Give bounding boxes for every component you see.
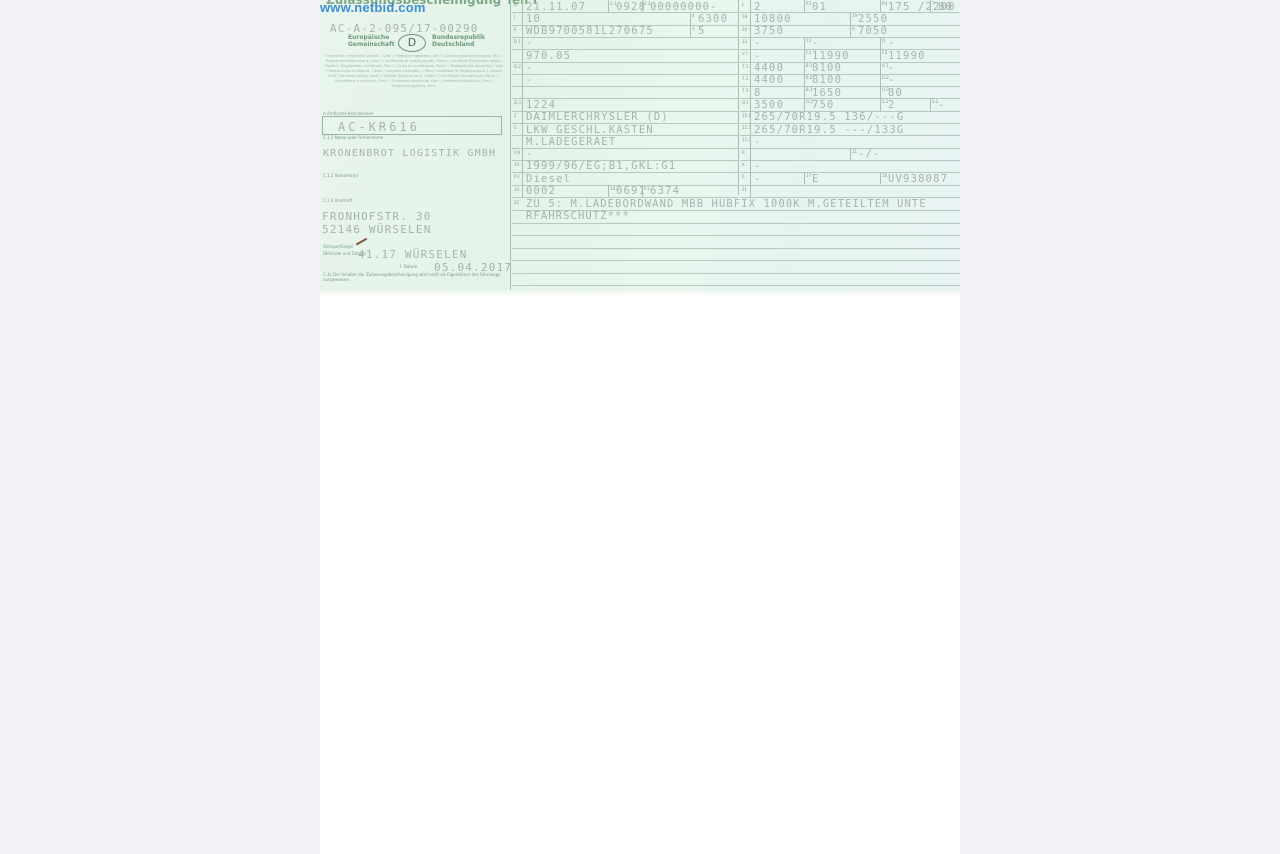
cell-divider: [880, 0, 881, 12]
field-value: 8: [754, 87, 762, 99]
field-number: R: [742, 150, 745, 155]
subfield-value: 5: [698, 25, 706, 37]
field-value: 4400: [754, 74, 784, 86]
row-rule: [512, 74, 738, 75]
subfield-value: -/-: [858, 148, 881, 160]
issue-place: 41.17 WÜRSELEN: [358, 248, 468, 261]
subfield-value: -: [888, 74, 896, 86]
address-line-1: FRONHOFSTR. 30: [322, 210, 432, 223]
cell-divider: [690, 12, 691, 24]
cell-divider: [642, 185, 643, 197]
row-rule: [740, 49, 960, 50]
cell-divider: [930, 0, 931, 12]
cell-divider: [850, 25, 851, 37]
field-number: 12: [742, 39, 747, 44]
field-value: -: [754, 37, 762, 49]
cell-divider: [608, 0, 609, 12]
eu-label: Europäische Gemeinschaft: [348, 34, 396, 48]
remarks-rule: [512, 235, 960, 236]
field-value: 4400: [754, 62, 784, 74]
watermark-link[interactable]: www.netbid.com: [320, 0, 426, 15]
subfield-value: 7050: [858, 25, 888, 37]
field-number: 14: [514, 162, 519, 167]
cell-divider: [850, 12, 851, 24]
field-number: 18: [742, 14, 747, 19]
field-number: 5: [514, 125, 517, 130]
field-value: -: [754, 50, 762, 62]
field-number: 7.1: [742, 64, 748, 69]
country-code-oval: D: [398, 34, 426, 52]
field-value: LKW GESCHL.KASTEN: [526, 124, 654, 136]
remarks-rule: [512, 248, 960, 249]
remarks-line-2: RFAHRSCHUTZ***: [526, 210, 630, 222]
number-column-rule: [522, 0, 523, 197]
subfield-value: 6300: [698, 13, 728, 25]
subfield-value: -: [938, 99, 946, 111]
subfield-value: 00000000-: [650, 1, 718, 13]
subfield-number: T: [932, 1, 934, 6]
subfield-value: 8100: [812, 62, 842, 74]
cell-divider: [642, 0, 643, 12]
field-number: V.9: [514, 150, 520, 155]
subfield-number: 19: [852, 13, 857, 18]
remarks-rule: [512, 210, 960, 211]
row-rule: [512, 86, 738, 87]
first-name-label: C.1.2 Vorname(n): [323, 173, 358, 178]
subfield-number: 16: [882, 173, 887, 178]
field-value: 970.05: [526, 50, 571, 62]
field-number: 21: [742, 187, 747, 192]
holder-name-label: C.1.1 Name oder Firmenname: [323, 135, 383, 140]
subfield-number: 11: [852, 149, 857, 154]
field-value: -: [526, 148, 534, 160]
field-value: 3750: [754, 25, 784, 37]
ownership-note: C.4c Der Inhaber der Zulassungsbescheini…: [323, 272, 503, 282]
cell-divider: [880, 98, 881, 110]
remarks-rule: [512, 260, 960, 261]
image-viewer: Zulassungsbescheinigung Teil I www.netbi…: [320, 0, 960, 854]
cell-divider: [880, 86, 881, 98]
field-value: M.LADEGERAET: [526, 136, 616, 148]
field-number: L: [742, 2, 744, 7]
cell-divider: [880, 37, 881, 49]
field-value: 3500: [754, 99, 784, 111]
subfield-value: 11990: [812, 50, 850, 62]
subfield-value: UV938087: [888, 173, 948, 185]
subfield-value: 8100: [812, 74, 842, 86]
cell-divider: [850, 148, 851, 160]
subfield-number: Q: [882, 38, 885, 43]
field-number: K: [742, 162, 745, 167]
cell-divider: [804, 172, 805, 184]
subfield-value: -: [888, 37, 896, 49]
field-value: 2: [754, 1, 762, 13]
field-value: 21.11.07: [526, 1, 586, 13]
subfield-value: -: [812, 37, 820, 49]
multilingual-fine-print: Osvedčení o registraci vozidla - Část I …: [324, 54, 504, 89]
field-value: -: [526, 37, 534, 49]
field-value: -: [754, 136, 762, 148]
field-number: D.3: [514, 100, 521, 105]
cell-divider: [804, 86, 805, 98]
field-number: O.1: [742, 100, 749, 105]
middle-divider: [738, 0, 739, 195]
cell-divider: [804, 62, 805, 74]
cell-divider: [804, 0, 805, 12]
field-number: 2: [514, 113, 517, 118]
subfield-number: P.2: [806, 1, 812, 6]
subfield-number: P.1: [644, 186, 650, 191]
subfield-number: G: [852, 26, 855, 31]
field-value: -: [754, 160, 762, 172]
subfield-number: 3: [692, 26, 695, 31]
number-column-rule: [750, 0, 751, 197]
subfield-value: E: [812, 173, 820, 185]
subfield-number: F.2: [882, 50, 887, 55]
field-value: 265/70R19.5 136/---G: [754, 111, 904, 123]
subfield-number: P.4: [882, 1, 888, 6]
cell-divider: [880, 74, 881, 86]
cell-divider: [804, 98, 805, 110]
remarks-rule: [512, 285, 960, 286]
field-value: WDB9700581L270675: [526, 25, 654, 37]
subfield-number: 17: [806, 173, 811, 178]
subfield-value: 80: [938, 1, 953, 13]
cell-divider: [930, 98, 931, 110]
field-value: DAIMLERCHRYSLER (D): [526, 111, 669, 123]
field-number: P.3: [514, 174, 520, 179]
field-number: 10: [514, 187, 519, 192]
registration-certificate-image: Zulassungsbescheinigung Teil I www.netbi…: [320, 0, 960, 296]
remarks-rule: [512, 273, 960, 274]
field-number: V.7: [742, 51, 748, 56]
holder-name: KRONENBROT LOGISTIK GMBH: [323, 148, 496, 159]
subfield-value: -: [888, 62, 896, 74]
subfield-value: 01: [812, 1, 827, 13]
subfield-value: 750: [812, 99, 835, 111]
subfield-value: 6374: [650, 185, 680, 197]
subfield-number: 13: [806, 38, 811, 43]
field-value: 1224: [526, 99, 556, 111]
cell-divider: [608, 185, 609, 197]
remarks-rule: [512, 223, 960, 224]
field-value: Diesel: [526, 173, 571, 185]
subfield-number: F.1: [806, 50, 811, 55]
date-label: I. Datum: [400, 264, 417, 269]
row-rule: [740, 160, 960, 161]
cell-divider: [804, 37, 805, 49]
cell-divider: [690, 25, 691, 37]
remarks-line-1: ZU 5: M.LADEBORDWAND MBB HUBFIX 1000K M.…: [526, 198, 927, 210]
field-number: B: [514, 2, 517, 7]
address-label: C.1.3 Anschrift: [323, 198, 352, 203]
cell-divider: [880, 62, 881, 74]
field-number: J: [514, 14, 515, 19]
field-value: -: [526, 62, 534, 74]
field-number: D.1: [514, 39, 521, 44]
field-value: 0002: [526, 185, 556, 197]
left-divider: [510, 0, 511, 296]
field-number: 7.2: [742, 76, 748, 81]
subfield-value: 2: [888, 99, 896, 111]
field-number: D.2: [514, 64, 521, 69]
country-label: Bundesrepublik Deutschland: [432, 34, 492, 48]
field-value: 1999/96/EG;B1,GKL:G1: [526, 160, 676, 172]
subfield-value: 11990: [888, 50, 926, 62]
address-line-2: 52146 WÜRSELEN: [322, 223, 432, 236]
license-plate: AC-KR616: [338, 120, 420, 134]
cell-divider: [804, 49, 805, 61]
cell-divider: [804, 74, 805, 86]
subfield-value: 80: [888, 87, 903, 99]
cell-divider: [880, 49, 881, 61]
stamp-label: Stempel/Siegel: [323, 244, 353, 249]
field-number: 20: [742, 27, 747, 32]
field-value: 10: [526, 13, 541, 25]
field-value: 10800: [754, 13, 792, 25]
cell-divider: [880, 172, 881, 184]
subfield-value: 1650: [812, 87, 842, 99]
subfield-number: 4: [692, 13, 695, 18]
field-number: E: [514, 27, 517, 32]
remarks-number: 22: [514, 200, 519, 205]
field-value: -: [526, 74, 534, 86]
field-number: 7.3: [742, 88, 748, 93]
subfield-value: 2550: [858, 13, 888, 25]
field-number: 6: [742, 174, 745, 179]
field-value: -: [754, 173, 762, 185]
field-value: 265/70R19.5 ---/133G: [754, 124, 904, 136]
